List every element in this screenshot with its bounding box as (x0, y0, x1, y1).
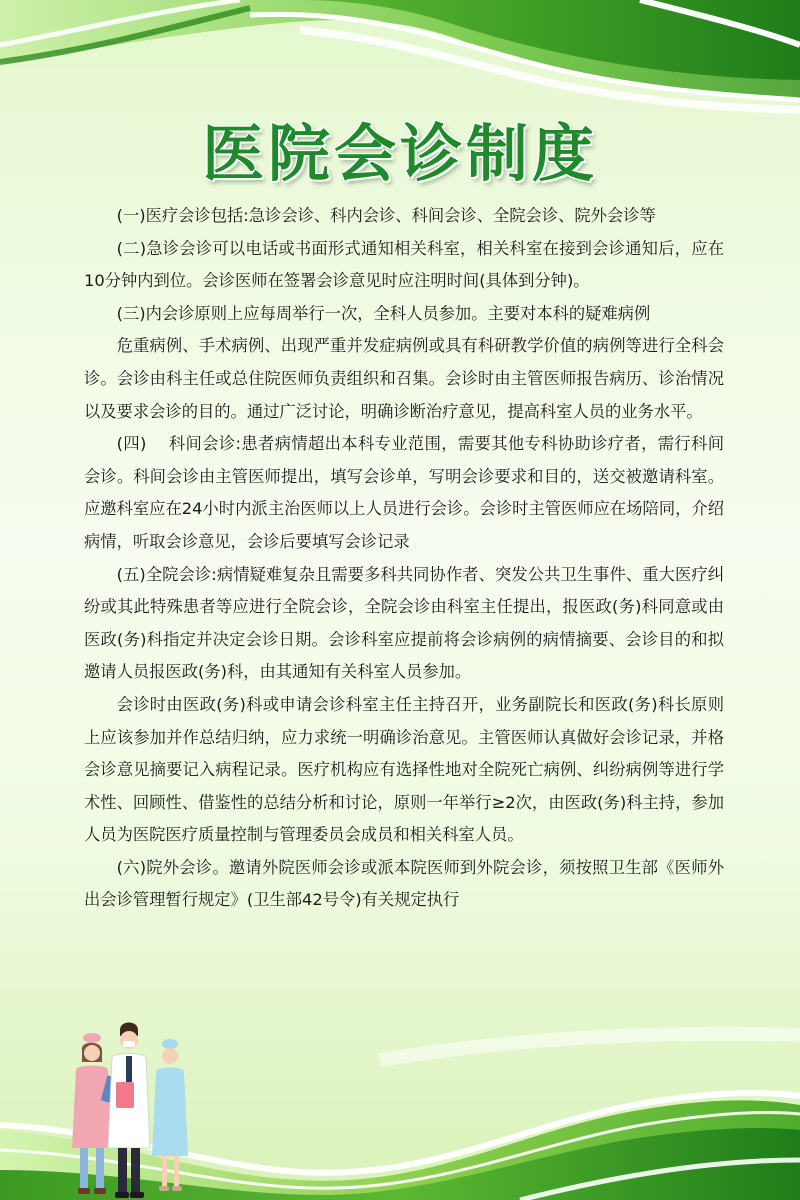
paragraph-3-continued: 危重病例、手术病例、出现严重并发症病例或具有科研教学价值的病例等进行全科会诊。会… (84, 330, 724, 428)
page-title: 医院会诊制度 (0, 104, 800, 193)
paragraph-3-internal-consultation: (三)内会诊原则上应每周举行一次，全科人员参加。主要对本科的疑难病例 (84, 298, 724, 331)
top-wave-decoration (0, 0, 800, 120)
paragraph-2-emergency-consultation: (二)急诊会诊可以电话或书面形式通知相关科室，相关科室在接到会诊通知后，应在10… (84, 233, 724, 298)
medical-staff-illustration (40, 1010, 220, 1200)
paragraph-5-continued: 会诊时由医政(务)科或申请会诊科室主任主持召开，业务副院长和医政(务)科长原则上… (84, 689, 724, 852)
paragraph-5-hospital-wide-consultation: (五)全院会诊:病情疑难复杂且需要多科共同协作者、突发公共卫生事件、重大医疗纠纷… (84, 559, 724, 689)
nurse-blue-figure (152, 1039, 188, 1191)
doctor-figure (108, 1023, 150, 1199)
paragraph-1-consultation-types: (一)医疗会诊包括:急诊会诊、科内会诊、科间会诊、全院会诊、院外会诊等 (84, 200, 724, 233)
paragraph-6-external-consultation: (六)院外会诊。邀请外院医师会诊或派本院医师到外院会诊，须按照卫生部《医师外出会… (84, 852, 724, 917)
paragraph-4-interdepartment-consultation: (四) 科间会诊:患者病情超出本科专业范围，需要其他专科协助诊疗者，需行科间会诊… (84, 428, 724, 558)
regulation-body: (一)医疗会诊包括:急诊会诊、科内会诊、科间会诊、全院会诊、院外会诊等 (二)急… (84, 200, 724, 917)
